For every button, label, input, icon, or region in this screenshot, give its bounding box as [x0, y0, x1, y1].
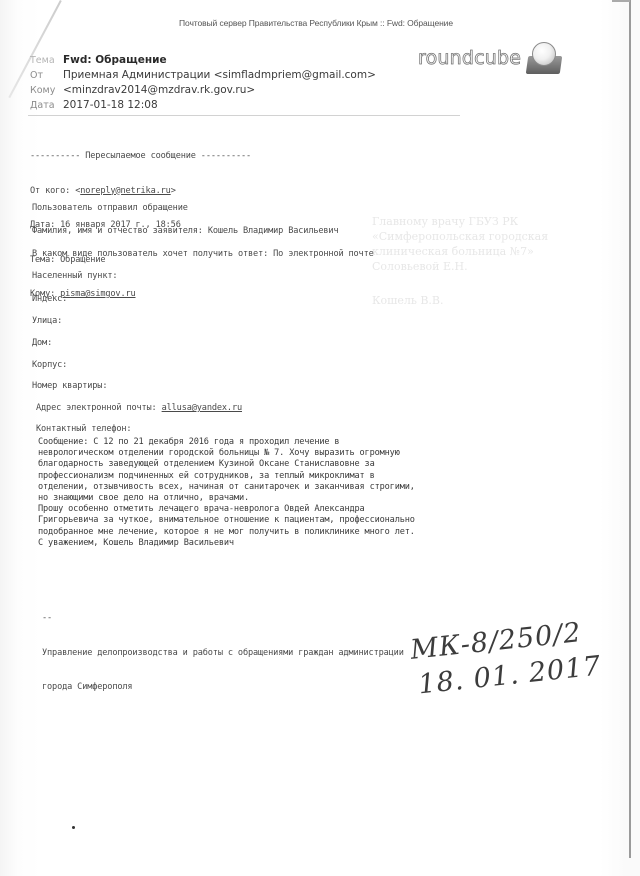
form-reply-row: В каком виде пользователь хочет получить… — [32, 249, 374, 259]
header-date-row: Дата 2017-01-18 12:08 — [30, 98, 376, 113]
form-building-label: Корпус: — [32, 360, 67, 370]
email-from: Приемная Администрации <simfladmpriem@gm… — [63, 68, 376, 83]
forwarded-from-row: От кого: <noreply@netrika.ru> — [30, 186, 251, 198]
forwarded-block: ---------- Пересылаемое сообщение ------… — [30, 128, 251, 312]
message-line: неврологическом отделении городской боль… — [38, 448, 458, 459]
bleed-through-text: Главному врачу ГБУЗ РК — [372, 215, 518, 228]
message-line: Прошу особенно отметить лечащего врача-н… — [38, 504, 458, 515]
scan-speck — [72, 826, 75, 829]
header-subject-row: Тема Fwd: Обращение — [30, 53, 376, 68]
applicant-name: Кошель Владимир Васильевич — [208, 226, 339, 236]
email-subject: Fwd: Обращение — [63, 53, 167, 68]
form-email-row: Адрес электронной почты: allusa@yandex.r… — [36, 403, 242, 413]
message-body: Сообщение: С 12 по 21 декабря 2016 года … — [38, 437, 458, 549]
message-line: профессионализм подчиненных ей сотрудник… — [38, 471, 458, 482]
bleed-through-text: Соловьевой Е.Н. — [372, 260, 468, 273]
roundcube-logo: roundcube — [418, 40, 563, 76]
bleed-through-text: Кошель В.В. — [372, 294, 444, 307]
roundcube-cube-icon — [523, 40, 563, 76]
message-line: Григорьевича за чуткое, внимательное отн… — [38, 515, 458, 526]
to-label: Кому — [30, 83, 63, 98]
form-index-label: Индекс: — [32, 294, 67, 304]
message-line: отделении, отзывчивость всех, начиная от… — [38, 482, 458, 493]
forwarded-separator: ---------- Пересылаемое сообщение ------… — [30, 151, 251, 163]
applicant-email-link[interactable]: allusa@yandex.ru — [162, 403, 242, 413]
message-line: подобранное мне лечение, которое я не мо… — [38, 527, 458, 538]
print-title: Почтовый сервер Правительства Республики… — [0, 18, 632, 28]
email-date: 2017-01-18 12:08 — [63, 98, 158, 113]
header-from-row: От Приемная Администрации <simfladmpriem… — [30, 68, 376, 83]
message-line: но знающими свое дело на отлично, врачам… — [38, 493, 458, 504]
form-apartment-label: Номер квартиры: — [32, 381, 107, 391]
message-line: Сообщение: С 12 по 21 декабря 2016 года … — [38, 437, 458, 448]
form-phone-label: Контактный телефон: — [36, 424, 131, 434]
forwarded-from-link[interactable]: noreply@netrika.ru — [80, 186, 170, 196]
header-divider — [28, 115, 460, 116]
form-locality-label: Населенный пункт: — [32, 271, 117, 281]
forwarded-to-link[interactable]: pisma@simgov.ru — [60, 289, 135, 299]
form-intro: Пользователь отправил обращение — [32, 203, 188, 213]
subject-label: Тема — [30, 53, 63, 68]
bleed-through-text: «Симферопольская городская — [372, 230, 548, 243]
from-label: От — [30, 68, 63, 83]
email-to: <minzdrav2014@mzdrav.rk.gov.ru> — [63, 83, 255, 98]
bleed-through-text: клиническая больница №7» — [372, 245, 534, 258]
date-label: Дата — [30, 98, 63, 113]
page-edge-top — [612, 0, 630, 2]
reply-method: По электронной почте — [273, 249, 373, 259]
form-fio-row: Фамилия, имя и отчество заявителя: Кошел… — [32, 226, 338, 236]
message-line: С уважением, Кошель Владимир Васильевич — [38, 538, 458, 549]
header-to-row: Кому <minzdrav2014@mzdrav.rk.gov.ru> — [30, 83, 376, 98]
form-house-label: Дом: — [32, 338, 52, 348]
form-street-label: Улица: — [32, 316, 62, 326]
signature-line-1: Управление делопроизводства и работы с о… — [42, 648, 404, 660]
logo-text: roundcube — [418, 47, 521, 69]
message-line: благодарность заведующей отделением Кузи… — [38, 459, 458, 470]
email-header: Тема Fwd: Обращение От Приемная Админист… — [30, 53, 376, 113]
page-edge — [629, 0, 631, 858]
signature-line-2: города Симферополя — [42, 682, 404, 694]
signature: -- Управление делопроизводства и работы … — [42, 590, 404, 705]
signature-dashes: -- — [42, 613, 404, 625]
